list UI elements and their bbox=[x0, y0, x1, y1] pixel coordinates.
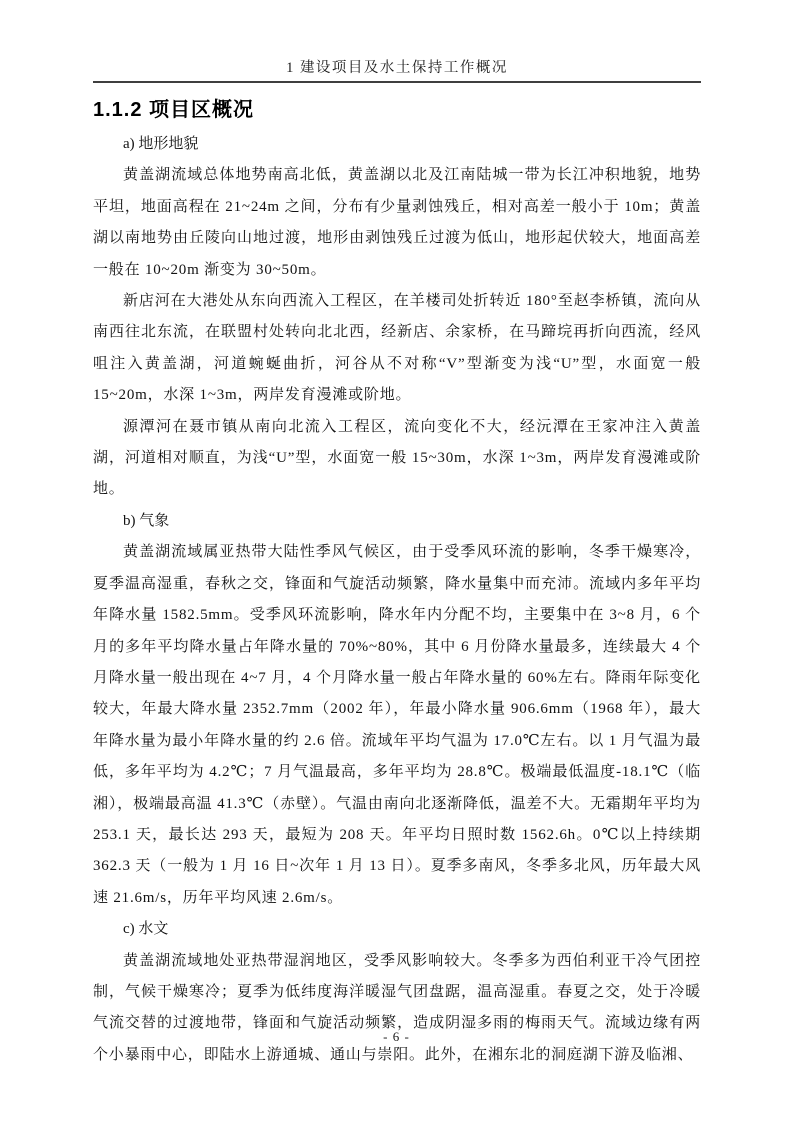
subsection-label-terrain: a) 地形地貌 bbox=[93, 129, 701, 160]
body-paragraph: 黄盖湖流域总体地势南高北低，黄盖湖以北及江南陆城一带为长江冲积地貌，地势平坦，地… bbox=[93, 160, 701, 286]
page-footer: - 6 - bbox=[0, 1029, 793, 1045]
running-header: 1 建设项目及水土保持工作概况 bbox=[93, 58, 701, 83]
page-number: - 6 - bbox=[383, 1029, 410, 1044]
body-paragraph: 黄盖湖流域地处亚热带湿润地区，受季风影响较大。冬季多为西伯利亚干冷气团控制，气候… bbox=[93, 946, 701, 1072]
body-paragraph: 黄盖湖流域属亚热带大陆性季风气候区，由于受季风环流的影响，冬季干燥寒冷，夏季温高… bbox=[93, 537, 701, 914]
subsection-label-meteorology: b) 气象 bbox=[93, 506, 701, 537]
subsection-label-hydrology: c) 水文 bbox=[93, 914, 701, 945]
body-paragraph: 源潭河在聂市镇从南向北流入工程区，流向变化不大，经沅潭在王家冲注入黄盖湖，河道相… bbox=[93, 412, 701, 506]
document-page: 1 建设项目及水土保持工作概况 1.1.2 项目区概况 a) 地形地貌 黄盖湖流… bbox=[0, 0, 793, 1122]
section-heading: 1.1.2 项目区概况 bbox=[93, 97, 701, 123]
page-content: 1 建设项目及水土保持工作概况 1.1.2 项目区概况 a) 地形地貌 黄盖湖流… bbox=[93, 58, 701, 1071]
body-paragraph: 新店河在大港处从东向西流入工程区，在羊楼司处折转近 180°至赵李桥镇，流向从南… bbox=[93, 286, 701, 412]
